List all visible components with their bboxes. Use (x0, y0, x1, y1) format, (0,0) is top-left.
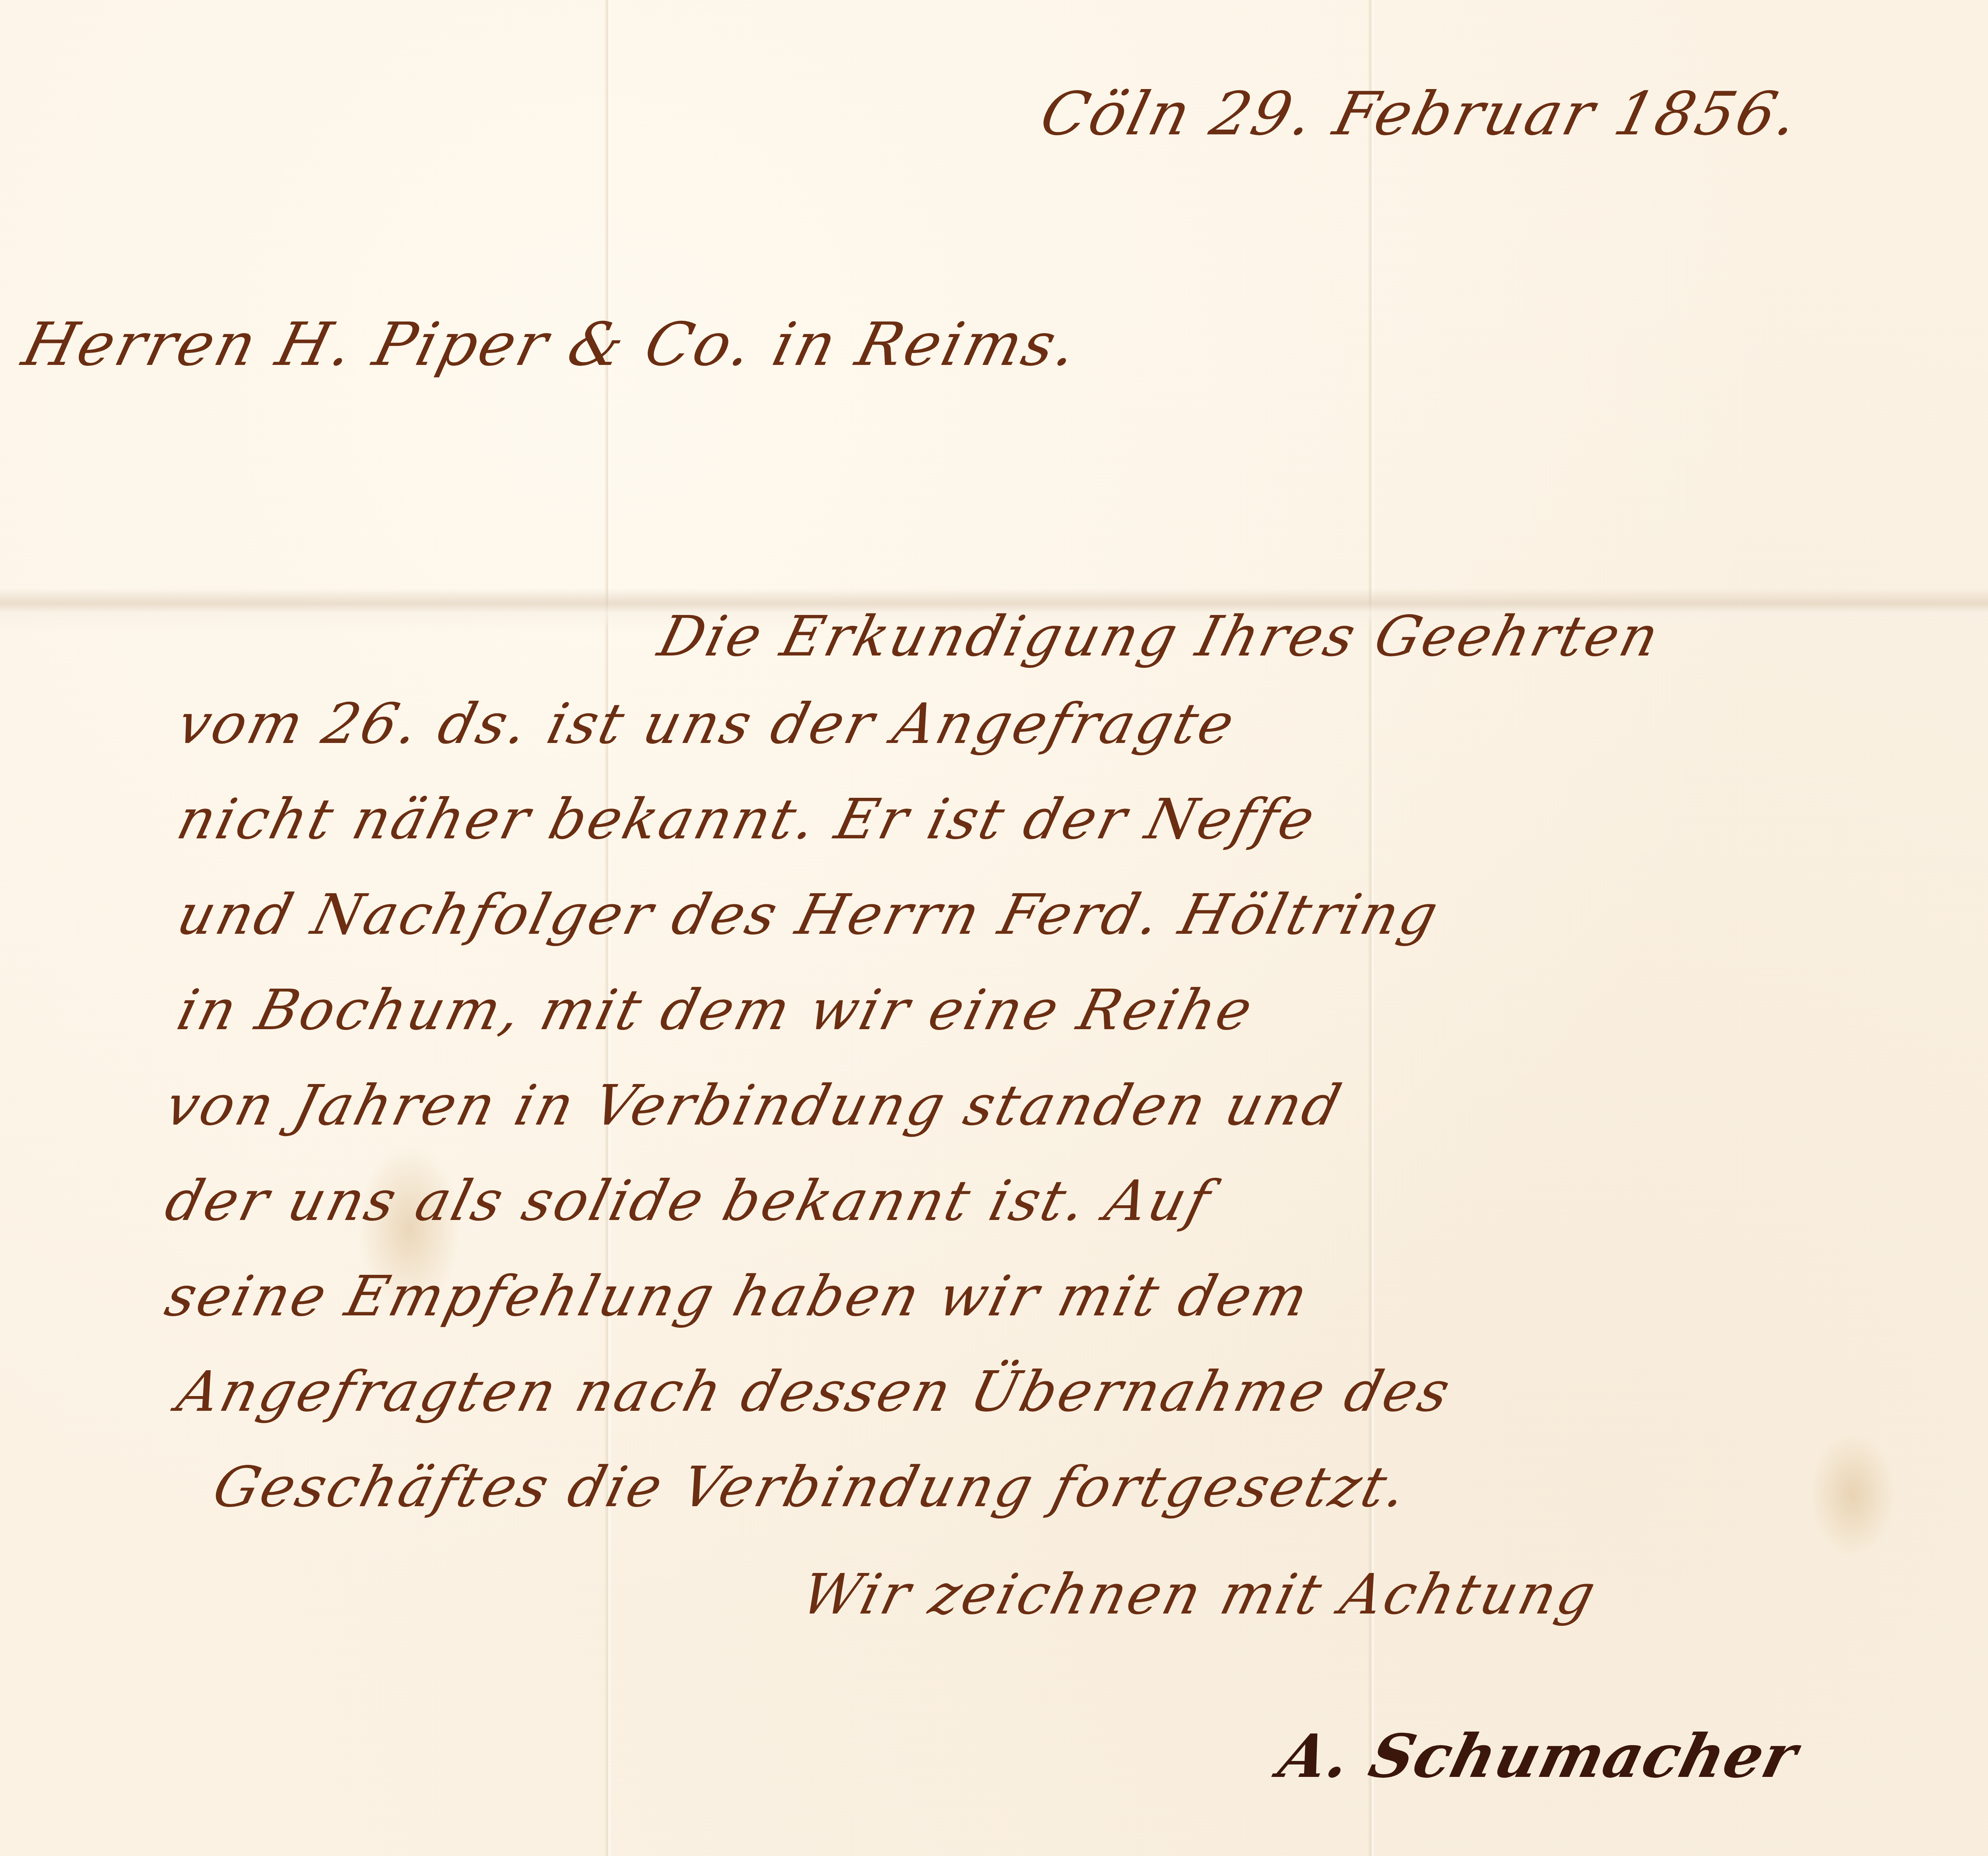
letter-paper: Cöln 29. Februar 1856. Herren H. Piper &… (0, 0, 1988, 1856)
letter-body-line: seine Empfehlung haben wir mit dem (159, 1264, 1316, 1329)
letter-signature: A. Schumacher (1272, 1721, 1805, 1791)
letter-body-line: Geschäftes die Verbindung fortgesetzt. (207, 1455, 1415, 1520)
letter-body-line: Angefragten nach dessen Übernahme des (171, 1360, 1458, 1424)
paper-stain (1809, 1431, 1897, 1558)
letter-body-line: vom 26. ds. ist uns der Angefragte (171, 692, 1243, 756)
letter-body-line: und Nachfolger des Herrn Ferd. Höltring (171, 882, 1446, 947)
letter-date: Cöln 29. Februar 1856. (1034, 80, 1807, 149)
letter-recipient-address: Herren H. Piper & Co. in Reims. (16, 310, 1087, 379)
letter-body-line: Die Erkundigung Ihres Geehrten (652, 604, 1667, 669)
letter-body-line: nicht näher bekannt. Er ist der Neffe (171, 787, 1323, 852)
letter-body-line: in Bochum, mit dem wir eine Reihe (171, 978, 1261, 1043)
letter-body-line: der uns als solide bekannt ist. Auf (159, 1169, 1219, 1233)
letter-body-line: von Jahren in Verbindung standen und (159, 1073, 1349, 1138)
letter-closing: Wir zeichnen mit Achtung (795, 1562, 1604, 1627)
